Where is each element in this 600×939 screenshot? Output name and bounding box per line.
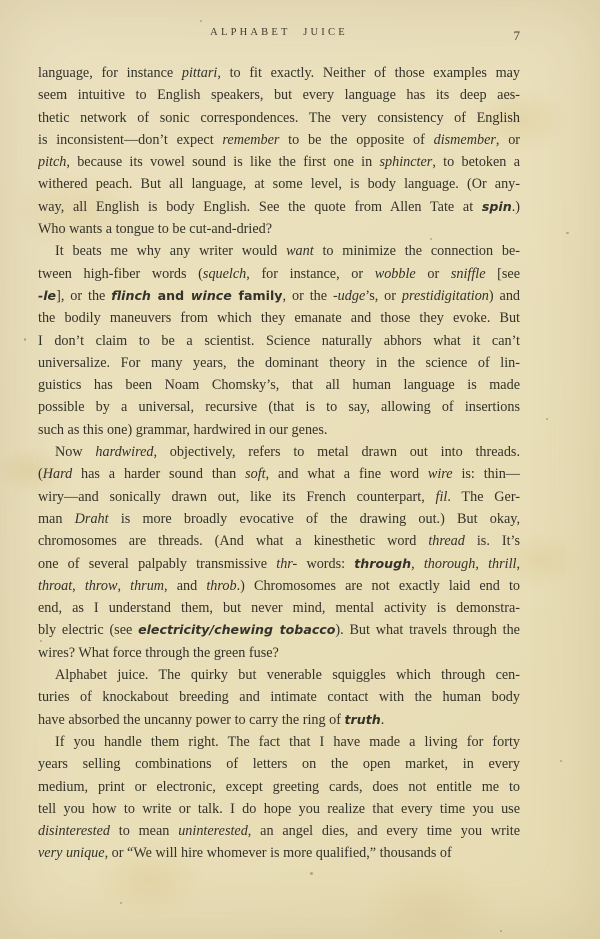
- text-line: is inconsistent—don’t expect remember to…: [38, 129, 520, 151]
- italic-segment: fil: [436, 489, 448, 505]
- text-segment: , or the -: [283, 288, 338, 304]
- text-segment: [see: [486, 266, 520, 282]
- text-line: possible by a universal, recursive (that…: [38, 396, 520, 418]
- bold-entry-segment: family: [232, 288, 283, 303]
- page-number: 7: [514, 28, 521, 44]
- text-line: chromosomes are threads. (And what a kin…: [38, 530, 520, 552]
- text-segment: has a harder sound than: [72, 466, 245, 482]
- text-line: Alphabet juice. The quirky but venerable…: [38, 664, 520, 686]
- text-segment: thetic network of sonic correspondences.…: [38, 110, 520, 126]
- text-line: seem intuitive to English speakers, but …: [38, 84, 520, 106]
- italic-segment: uninterested: [178, 823, 248, 839]
- text-segment: .): [512, 199, 520, 215]
- text-segment: medium, print or electronic, except gree…: [38, 779, 520, 795]
- text-segment: years selling combinations of letters on…: [38, 756, 520, 772]
- bold-italic-entry-segment: electricity/chewing tobacco: [138, 622, 335, 637]
- text-segment: end, as I understand them, but never min…: [38, 600, 520, 616]
- text-segment: such as this one) grammar, hardwired in …: [38, 422, 327, 438]
- text-line: pitch, because its vowel sound is like t…: [38, 151, 520, 173]
- text-segment: ’s, or: [365, 288, 402, 304]
- text-segment: withered peach. But all language, at som…: [38, 176, 520, 192]
- italic-segment: sniffle: [451, 266, 486, 282]
- text-segment: , to fit exactly. Neither of those examp…: [217, 65, 520, 81]
- italic-segment: very unique: [38, 845, 105, 861]
- italic-segment: throat: [38, 578, 72, 594]
- text-segment: is inconsistent—don’t expect: [38, 132, 222, 148]
- text-segment: turies of knockabout breeding and intima…: [38, 689, 520, 705]
- text-line: man Draht is more broadly evocative of t…: [38, 508, 520, 530]
- book-page: ALPHABET JUICE 7 language, for instance …: [0, 0, 600, 939]
- text-segment: or: [416, 266, 451, 282]
- text-line: I don’t claim to be a scientist. Science…: [38, 330, 520, 352]
- text-segment: Alphabet juice. The quirky but venerable…: [55, 667, 520, 683]
- text-segment: I don’t claim to be a scientist. Science…: [38, 333, 520, 349]
- text-segment: ], or the: [56, 288, 111, 304]
- italic-segment: Hard: [43, 466, 72, 482]
- text-segment: to minimize the connection be-: [314, 243, 520, 259]
- text-segment: If you handle them right. The fact that …: [55, 734, 520, 750]
- text-line: the bodily maneuvers from which they ema…: [38, 307, 520, 329]
- bold-italic-entry-segment: -le: [38, 288, 56, 303]
- text-segment: , or: [496, 132, 520, 148]
- text-segment: ) and: [489, 288, 520, 304]
- text-segment: .) Chromosomes are not exactly laid end …: [237, 578, 520, 594]
- italic-segment: throw: [85, 578, 118, 594]
- text-line: It beats me why any writer would want to…: [38, 240, 520, 262]
- text-segment: possible by a universal, recursive (that…: [38, 399, 520, 415]
- italic-segment: prestidigitation: [402, 288, 489, 304]
- text-segment: seem intuitive to English speakers, but …: [38, 87, 520, 103]
- text-segment: man: [38, 511, 75, 527]
- italic-segment: wire: [428, 466, 453, 482]
- text-segment: .: [381, 712, 385, 728]
- text-segment: , an angel dies, and every time you writ…: [248, 823, 520, 839]
- text-line: language, for instance pittari, to fit e…: [38, 62, 520, 84]
- text-segment: language, for instance: [38, 65, 182, 81]
- italic-segment: Draht: [75, 511, 109, 527]
- text-segment: ,: [72, 578, 85, 594]
- text-segment: words:: [297, 556, 354, 572]
- italic-segment: sphincter: [380, 154, 433, 170]
- text-segment: to be the opposite of: [279, 132, 433, 148]
- page-header: ALPHABET JUICE 7: [38, 27, 520, 45]
- text-segment: chromosomes are threads. (And what a kin…: [38, 533, 428, 549]
- text-segment: wires? What force through the green fuse…: [38, 645, 279, 661]
- text-line: If you handle them right. The fact that …: [38, 731, 520, 753]
- italic-segment: thrum: [130, 578, 164, 594]
- text-line: wiry—and sonically drawn out, like its F…: [38, 486, 520, 508]
- text-line: -le], or the flinch and wince family, or…: [38, 285, 520, 307]
- italic-segment: squelch: [203, 266, 246, 282]
- italic-segment: hardwired: [95, 444, 153, 460]
- italic-segment: pittari: [182, 65, 217, 81]
- text-segment: , or “We will hire whomever is more qual…: [105, 845, 452, 861]
- text-line: universalize. For many years, the domina…: [38, 352, 520, 374]
- italic-segment: pitch: [38, 154, 66, 170]
- text-line: such as this one) grammar, hardwired in …: [38, 419, 520, 441]
- text-segment: , and: [164, 578, 206, 594]
- italic-segment: thorough: [424, 556, 476, 572]
- text-segment: is: thin—: [453, 466, 520, 482]
- text-line: wires? What force through the green fuse…: [38, 642, 520, 664]
- text-segment: Now: [55, 444, 95, 460]
- text-segment: ). But what travels through the: [335, 622, 520, 638]
- text-segment: , and what a fine word: [266, 466, 428, 482]
- text-segment: is more broadly evocative of the drawing…: [109, 511, 520, 527]
- text-line: one of several palpably transmissive thr…: [38, 553, 520, 575]
- text-line: medium, print or electronic, except gree…: [38, 776, 520, 798]
- bold-italic-entry-segment: flinch: [111, 288, 151, 303]
- bold-italic-entry-segment: truth: [345, 712, 381, 727]
- italic-segment: thr-: [276, 556, 297, 572]
- text-segment: ,: [516, 556, 520, 572]
- text-line: Who wants a tongue to be cut-and-dried?: [38, 218, 520, 240]
- italic-segment: remember: [222, 132, 279, 148]
- italic-segment: thrill: [488, 556, 516, 572]
- running-title: ALPHABET JUICE: [38, 27, 520, 38]
- text-line: throat, throw, thrum, and throb.) Chromo…: [38, 575, 520, 597]
- text-segment: ,: [475, 556, 488, 572]
- italic-segment: throb: [206, 578, 236, 594]
- text-line: tell you how to write or talk. I do hope…: [38, 798, 520, 820]
- italic-segment: udge: [338, 288, 366, 304]
- text-segment: , for instance, or: [246, 266, 374, 282]
- text-segment: tell you how to write or talk. I do hope…: [38, 801, 520, 817]
- italic-segment: want: [286, 243, 314, 259]
- text-line: very unique, or “We will hire whomever i…: [38, 842, 520, 864]
- text-segment: way, all English is body English. See th…: [38, 199, 482, 215]
- text-block: language, for instance pittari, to fit e…: [38, 62, 520, 865]
- italic-segment: dismember: [434, 132, 496, 148]
- text-line: have absorbed the uncanny power to carry…: [38, 709, 520, 731]
- bold-italic-entry-segment: through: [354, 556, 411, 571]
- text-line: withered peach. But all language, at som…: [38, 173, 520, 195]
- text-line: bly electric (see electricity/chewing to…: [38, 619, 520, 641]
- text-line: disinterested to mean uninterested, an a…: [38, 820, 520, 842]
- text-line: tween high-fiber words (squelch, for ins…: [38, 263, 520, 285]
- text-segment: , to betoken a: [432, 154, 520, 170]
- bold-entry-segment: and: [151, 288, 191, 303]
- text-segment: . The Ger-: [447, 489, 520, 505]
- bold-italic-entry-segment: wince: [191, 288, 232, 303]
- text-segment: to mean: [110, 823, 178, 839]
- bold-italic-entry-segment: spin: [482, 199, 512, 214]
- text-segment: is. It’s: [465, 533, 520, 549]
- text-segment: ,: [411, 556, 424, 572]
- italic-segment: wobble: [375, 266, 416, 282]
- italic-segment: thread: [428, 533, 465, 549]
- text-segment: , because its vowel sound is like the fi…: [66, 154, 379, 170]
- text-line: Now hardwired, objectively, refers to me…: [38, 441, 520, 463]
- text-line: thetic network of sonic correspondences.…: [38, 107, 520, 129]
- text-segment: ,: [117, 578, 130, 594]
- text-segment: universalize. For many years, the domina…: [38, 355, 520, 371]
- text-segment: bly electric (see: [38, 622, 138, 638]
- text-segment: have absorbed the uncanny power to carry…: [38, 712, 345, 728]
- text-line: (Hard has a harder sound than soft, and …: [38, 463, 520, 485]
- italic-segment: disinterested: [38, 823, 110, 839]
- text-segment: wiry—and sonically drawn out, like its F…: [38, 489, 436, 505]
- text-segment: one of several palpably transmissive: [38, 556, 276, 572]
- text-line: turies of knockabout breeding and intima…: [38, 686, 520, 708]
- italic-segment: soft: [245, 466, 266, 482]
- text-line: end, as I understand them, but never min…: [38, 597, 520, 619]
- text-segment: guistics has been Noam Chomsky’s, that a…: [38, 377, 520, 393]
- text-line: way, all English is body English. See th…: [38, 196, 520, 218]
- text-segment: tween high-fiber words (: [38, 266, 203, 282]
- text-segment: It beats me why any writer would: [55, 243, 286, 259]
- text-segment: , objectively, refers to metal drawn out…: [153, 444, 520, 460]
- text-segment: the bodily maneuvers from which they ema…: [38, 310, 520, 326]
- text-line: guistics has been Noam Chomsky’s, that a…: [38, 374, 520, 396]
- text-segment: Who wants a tongue to be cut-and-dried?: [38, 221, 272, 237]
- text-line: years selling combinations of letters on…: [38, 753, 520, 775]
